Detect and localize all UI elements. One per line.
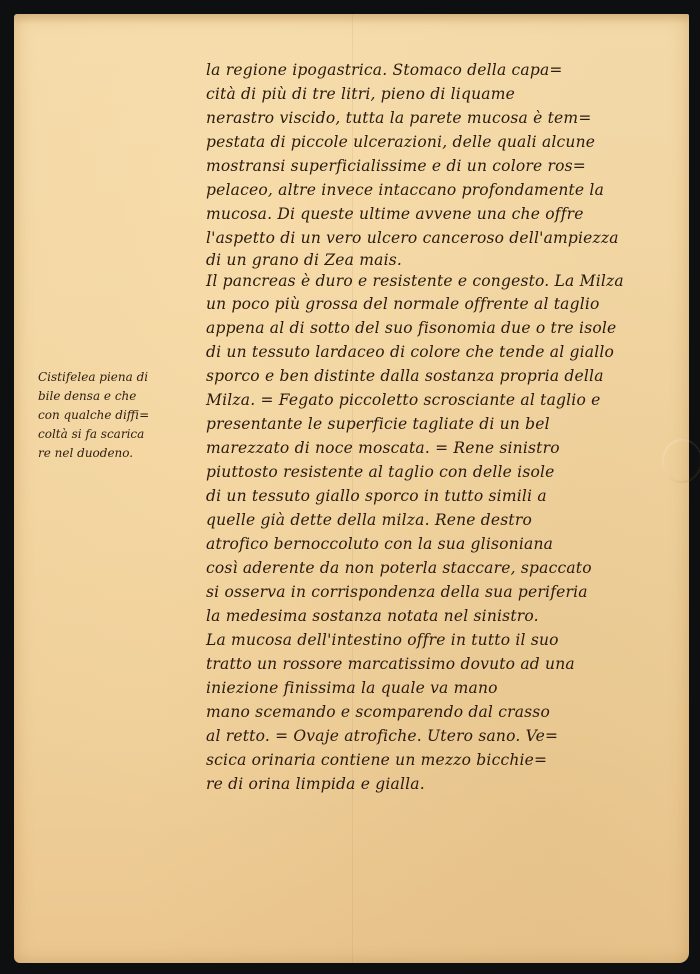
margin-note-line: coltà si fa scarica xyxy=(38,425,188,444)
text-line: re di orina limpida e gialla. xyxy=(206,772,676,796)
text-line: Milza. = Fegato piccoletto scrosciante a… xyxy=(206,388,676,412)
text-line: cità di più di tre litri, pieno di liqua… xyxy=(206,82,676,106)
margin-note-line: re nel duodeno. xyxy=(38,444,188,463)
text-line: appena al di sotto del suo fisonomia due… xyxy=(206,316,676,340)
text-line: tratto un rossore marcatissimo dovuto ad… xyxy=(206,652,676,676)
text-line: al retto. = Ovaje atrofiche. Utero sano.… xyxy=(206,724,676,748)
margin-note-line: bile densa e che xyxy=(38,387,188,406)
text-line: Il pancreas è duro e resistente e conges… xyxy=(206,270,676,292)
text-line: di un tessuto lardaceo di colore che ten… xyxy=(206,340,676,364)
main-text-block: la regione ipogastrica. Stomaco della ca… xyxy=(206,58,676,796)
text-line: piuttosto resistente al taglio con delle… xyxy=(206,460,676,484)
text-line: presentante le superficie tagliate di un… xyxy=(206,412,676,436)
text-line: sporco e ben distinte dalla sostanza pro… xyxy=(206,364,676,388)
text-line: così aderente da non poterla staccare, s… xyxy=(206,556,676,580)
text-line: iniezione finissima la quale va mano xyxy=(206,676,676,700)
text-line: un poco più grossa del normale offrente … xyxy=(206,292,676,316)
text-line: marezzato di noce moscata. = Rene sinist… xyxy=(206,436,676,460)
text-line: la regione ipogastrica. Stomaco della ca… xyxy=(206,58,676,82)
text-line: pelaceo, altre invece intaccano profonda… xyxy=(206,178,676,202)
text-line: mano scemando e scomparendo dal crasso xyxy=(206,700,676,724)
text-line: di un tessuto giallo sporco in tutto sim… xyxy=(206,484,676,508)
text-line: si osserva in corrispondenza della sua p… xyxy=(206,580,676,604)
text-line: mostransi superficialissime e di un colo… xyxy=(206,154,676,178)
text-line: pestata di piccole ulcerazioni, delle qu… xyxy=(206,130,676,154)
text-line: l'aspetto di un vero ulcero canceroso de… xyxy=(206,226,676,250)
manuscript-page: la regione ipogastrica. Stomaco della ca… xyxy=(14,14,689,963)
margin-note: Cistifelea piena di bile densa e che con… xyxy=(38,368,188,463)
text-line: quelle già dette della milza. Rene destr… xyxy=(206,508,676,532)
margin-note-line: Cistifelea piena di xyxy=(38,368,188,387)
text-line: atrofico bernoccoluto con la sua glisoni… xyxy=(206,532,676,556)
text-line: mucosa. Di queste ultime avvene una che … xyxy=(206,202,676,226)
text-line: di un grano di Zea mais. xyxy=(206,250,676,270)
text-line: scica orinaria contiene un mezzo bicchie… xyxy=(206,748,676,772)
margin-note-line: con qualche diffi= xyxy=(38,406,188,425)
text-line: La mucosa dell'intestino offre in tutto … xyxy=(206,628,676,652)
text-line: nerastro viscido, tutta la parete mucosa… xyxy=(206,106,676,130)
text-line: la medesima sostanza notata nel sinistro… xyxy=(206,604,676,628)
